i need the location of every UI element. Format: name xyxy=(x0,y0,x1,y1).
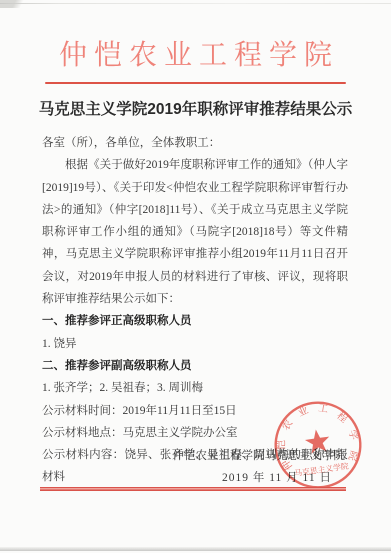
signature-block: 仲恺农业工程学院马克思主义学院 2019 年 11 月 11 日 xyxy=(173,446,346,489)
body-paragraph: 根据《关于做好2019年度职称评审工作的通知》（仲人字[2019]19号）、《关… xyxy=(42,154,348,310)
letterhead-title: 仲恺农业工程学院 xyxy=(0,33,391,73)
salutation-line: 各室（所），各单位，全体教职工： xyxy=(42,132,348,154)
stamp-ring-char: 学 xyxy=(346,428,361,441)
letterhead-divider-rule xyxy=(45,82,346,84)
stamp-ring-char: 院 xyxy=(346,449,361,462)
scan-corner-shadow xyxy=(0,0,36,8)
section-recommended-full-senior: 一、推荐参评正高级职称人员 1. 饶异 xyxy=(42,310,348,355)
scanned-document-page: 仲恺农业工程学院 马克思主义学院2019年职称评审推荐结果公示 各室（所），各单… xyxy=(0,0,391,553)
signature-unit: 仲恺农业工程学院马克思主义学院 xyxy=(173,446,346,468)
note-publicity-time: 公示材料时间：2019年11月11日至15日 xyxy=(42,400,348,422)
document-body: 各室（所），各单位，全体教职工： 根据《关于做好2019年度职称评审工作的通知》… xyxy=(42,132,348,489)
footer-divider-rule xyxy=(40,487,346,491)
section-1-heading: 一、推荐参评正高级职称人员 xyxy=(42,310,348,332)
note-publicity-place: 公示材料地点：马克思主义学院办公室 xyxy=(42,422,348,444)
section-2-heading: 二、推荐参评副高级职称人员 xyxy=(42,355,348,377)
section-1-names: 1. 饶异 xyxy=(42,333,348,355)
signature-date: 2019 年 11 月 11 日 xyxy=(173,468,346,490)
section-2-names: 1. 张齐学；2. 吴祖春；3. 周训梅 xyxy=(42,377,348,399)
section-recommended-associate-senior: 二、推荐参评副高级职称人员 1. 张齐学；2. 吴祖春；3. 周训梅 xyxy=(42,355,348,400)
scan-top-edge xyxy=(0,3,391,4)
scan-bottom-edge xyxy=(0,547,391,551)
document-title: 马克思主义学院2019年职称评审推荐结果公示 xyxy=(0,97,391,119)
